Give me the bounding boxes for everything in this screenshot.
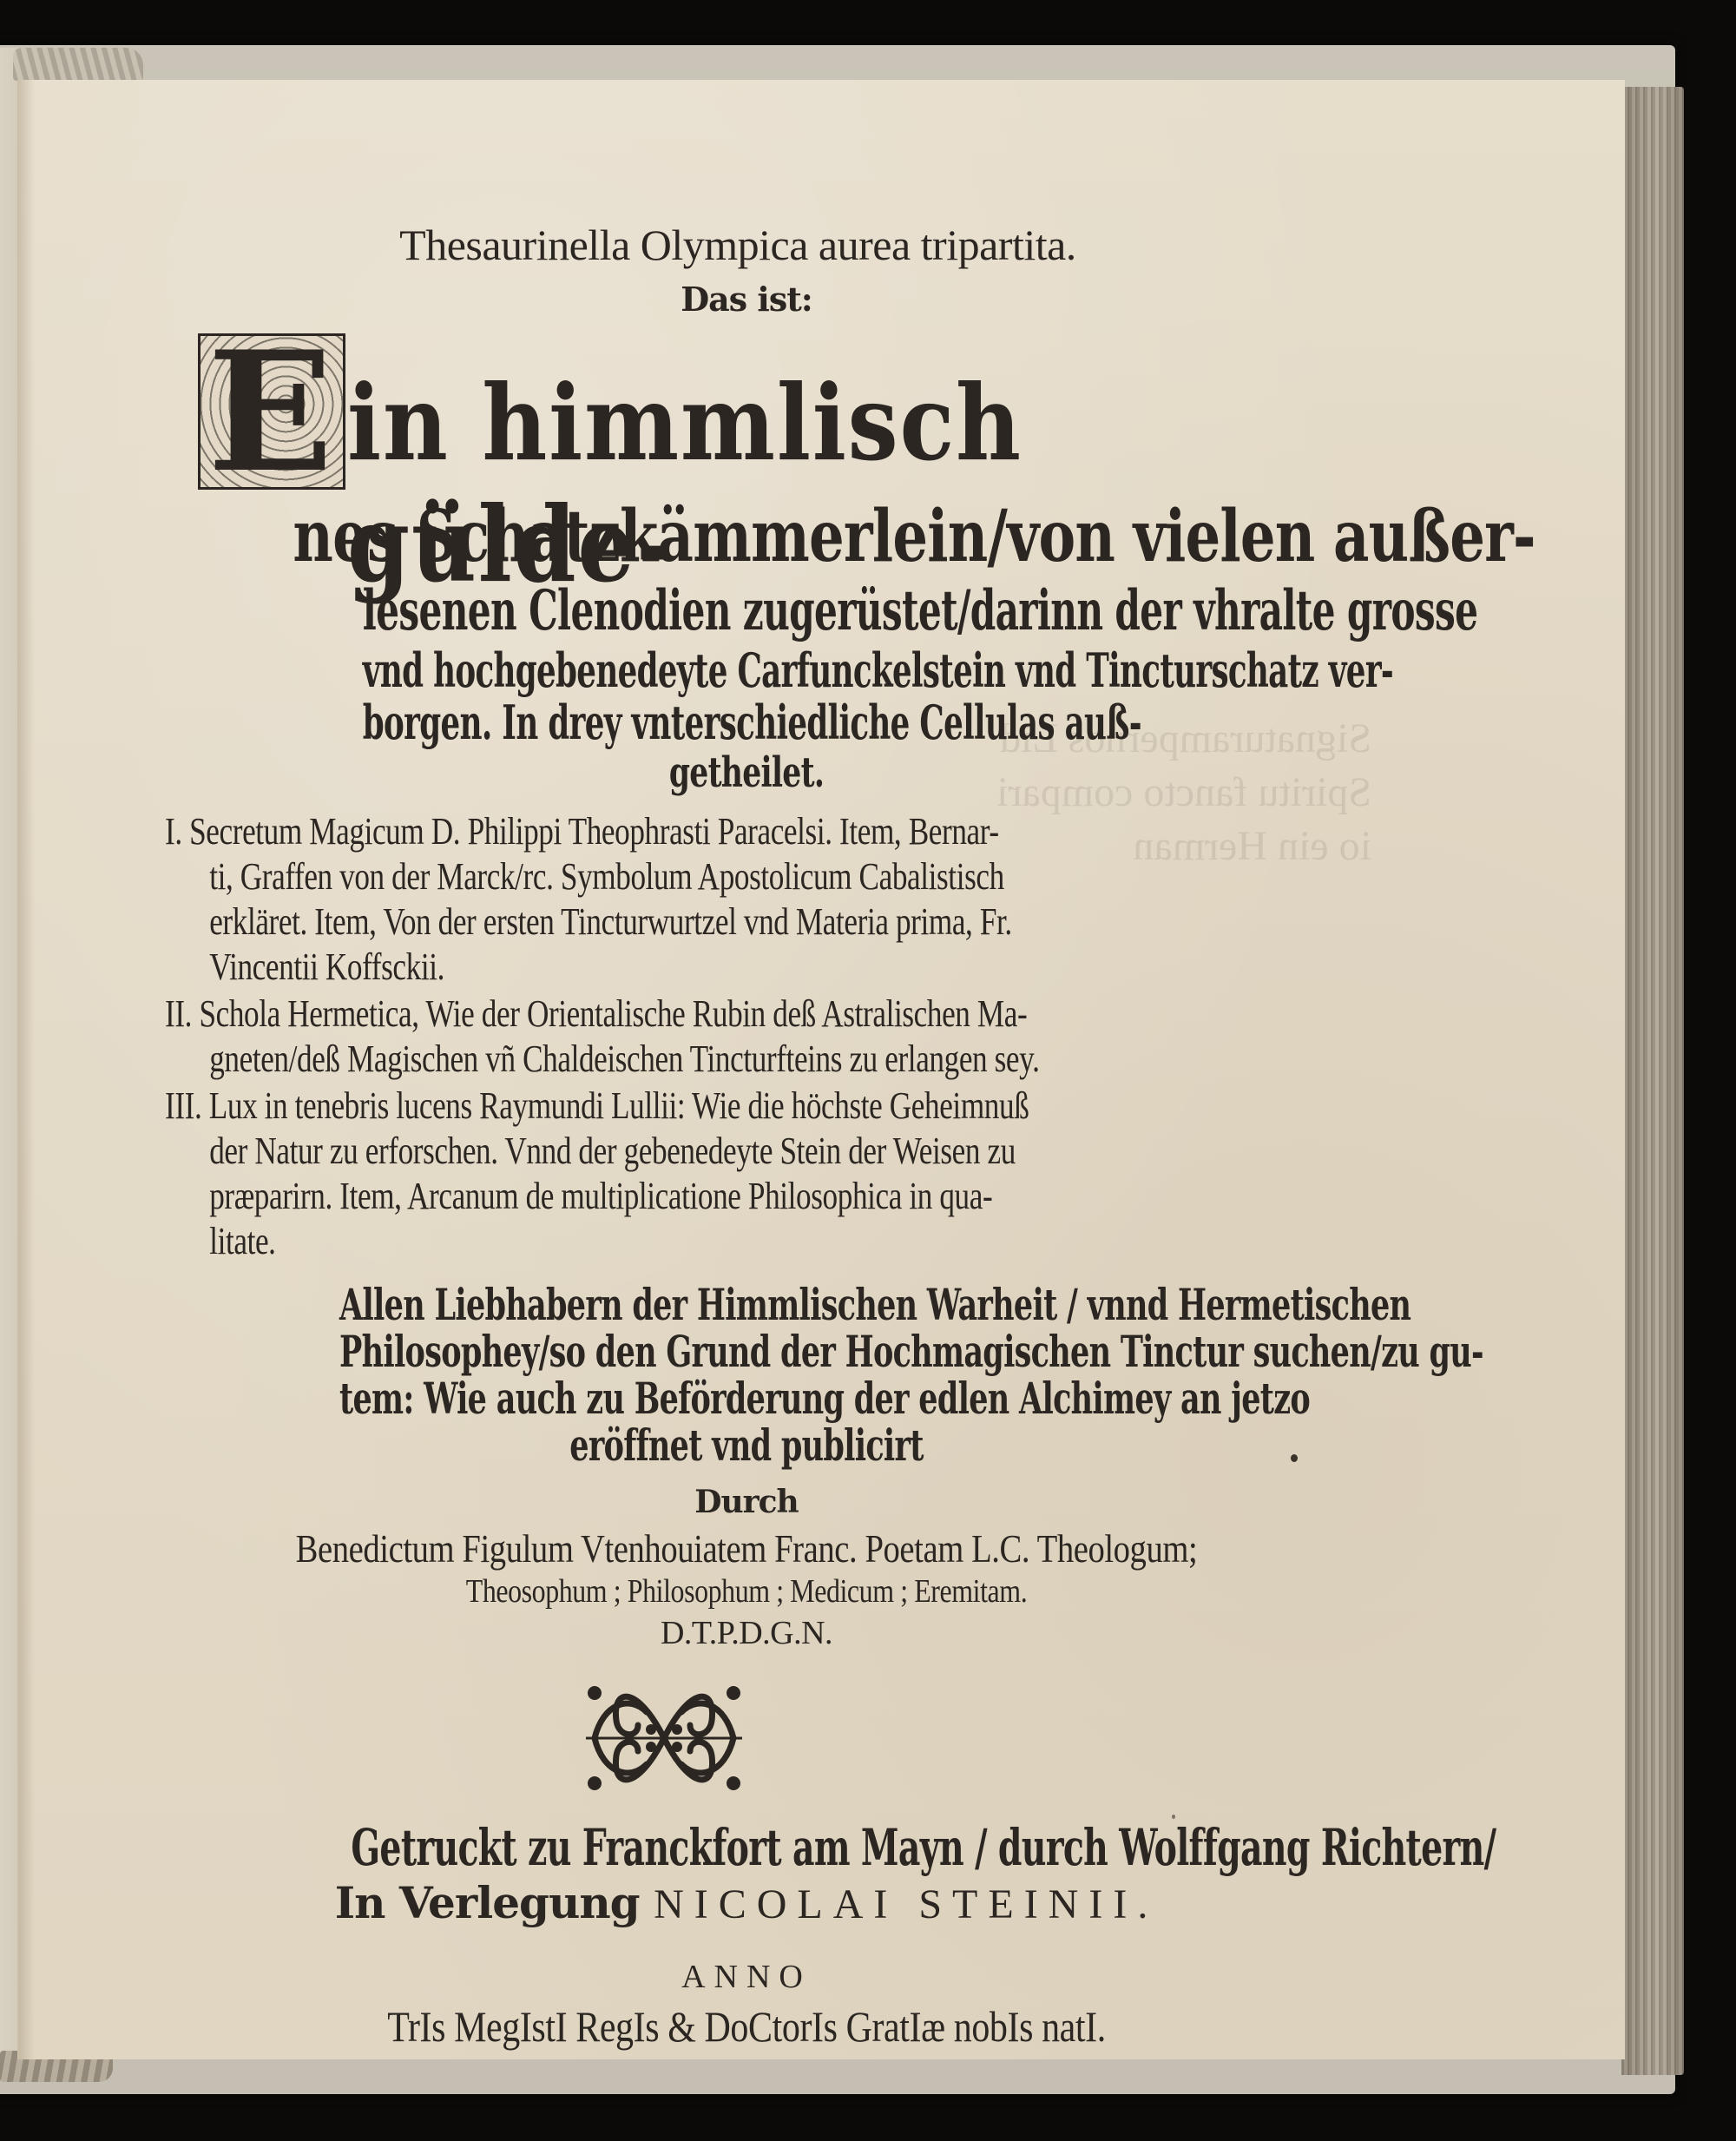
publisher-name: NICOLAI STEINII. <box>654 1881 1158 1927</box>
das-ist: Das ist: <box>165 276 1328 323</box>
section-line: gneten/deß Magischen vñ Chaldeischen Tin… <box>165 1037 1095 1082</box>
initial-letter: E <box>207 326 333 499</box>
durch-label: Durch <box>165 1478 1328 1526</box>
section-line: ti, Graffen von der Marck/rc. Symbolum A… <box>165 854 1095 899</box>
section-line: præparirn. Item, Arcanum de multiplicati… <box>165 1174 1095 1219</box>
section-2: II. Schola Hermetica, Wie der Orientalis… <box>165 991 1328 1082</box>
book-scan: Signaturampernos Lid Spiritu fancto comp… <box>0 0 1736 2141</box>
imprint-line-1: Getruckt zu Franckfort am Mayn / durch W… <box>351 1820 1141 1875</box>
dedication: Allen Liebhabern der Himmlischen Warheit… <box>165 1281 1328 1469</box>
title-page-text: Thesaurinella Olympica aurea tripartita.… <box>165 217 1328 2052</box>
title-line-3: lesenen Clenodien zugerüstet/darinn der … <box>363 578 1130 644</box>
author-titles: Theosophum ; Philosophum ; Medicum ; Ere… <box>258 1571 1235 1611</box>
section-line: der Natur zu erforschen. Vnnd der gebene… <box>165 1129 1095 1174</box>
chronogram-date: TrIs MegIstI RegIs & DoCtorIs GratIæ nob… <box>258 2000 1235 2052</box>
section-line: III. Lux in tenebris lucens Raymundi Lul… <box>165 1084 1095 1129</box>
fore-edge-shading <box>1621 87 1684 2075</box>
dedication-line: Philosophey/so den Grund der Hochmagisch… <box>339 1328 1154 1375</box>
dedication-line: eröffnet vnd publicirt <box>339 1422 1154 1469</box>
imprint-prefix: In Verlegung <box>335 1877 640 1928</box>
imprint-line-2: In Verlegung NICOLAI STEINII. <box>165 1875 1328 1933</box>
latin-title: Thesaurinella Olympica aurea tripartita. <box>148 217 1328 273</box>
author-initials: D.T.P.D.G.N. <box>165 1611 1328 1655</box>
dedication-line: tem: Wie auch zu Beförderung der edlen A… <box>339 1375 1154 1422</box>
fleuron-icon <box>577 1677 751 1799</box>
author-line: Benedictum Figulum Vtenhouiatem Franc. P… <box>258 1526 1235 1571</box>
anno-label: ANNO <box>165 1953 1328 2000</box>
dedication-line: Allen Liebhabern der Himmlischen Warheit… <box>339 1281 1154 1328</box>
title-line-6: getheilet. <box>328 748 1166 797</box>
title-line-4: vnd hochgebenedeyte Carfunckelstein vnd … <box>363 644 1130 696</box>
contents-sections: I. Secretum Magicum D. Philippi Theophra… <box>165 809 1328 1264</box>
section-line: I. Secretum Magicum D. Philippi Theophra… <box>165 809 1095 854</box>
main-title-line-2: nes Schatzkämmerlein/von vielen außer- <box>293 495 1200 578</box>
section-3: III. Lux in tenebris lucens Raymundi Lul… <box>165 1084 1328 1264</box>
imprint: Getruckt zu Franckfort am Mayn / durch W… <box>165 1820 1328 2052</box>
section-1: I. Secretum Magicum D. Philippi Theophra… <box>165 809 1328 990</box>
headband-top <box>13 48 143 81</box>
section-line: litate. <box>165 1219 1095 1264</box>
section-line: Vincentii Koffsckii. <box>165 945 1095 990</box>
section-line: erkläret. Item, Von der ersten Tincturwu… <box>165 899 1095 945</box>
main-title-row: E in himmlisch gülde- <box>165 325 1328 507</box>
decorated-initial: E <box>198 333 345 490</box>
title-line-5: borgen. In drey vnterschiedliche Cellula… <box>363 696 1130 748</box>
section-line: II. Schola Hermetica, Wie der Orientalis… <box>165 991 1095 1037</box>
fleuron-ornament <box>0 1677 1328 1799</box>
